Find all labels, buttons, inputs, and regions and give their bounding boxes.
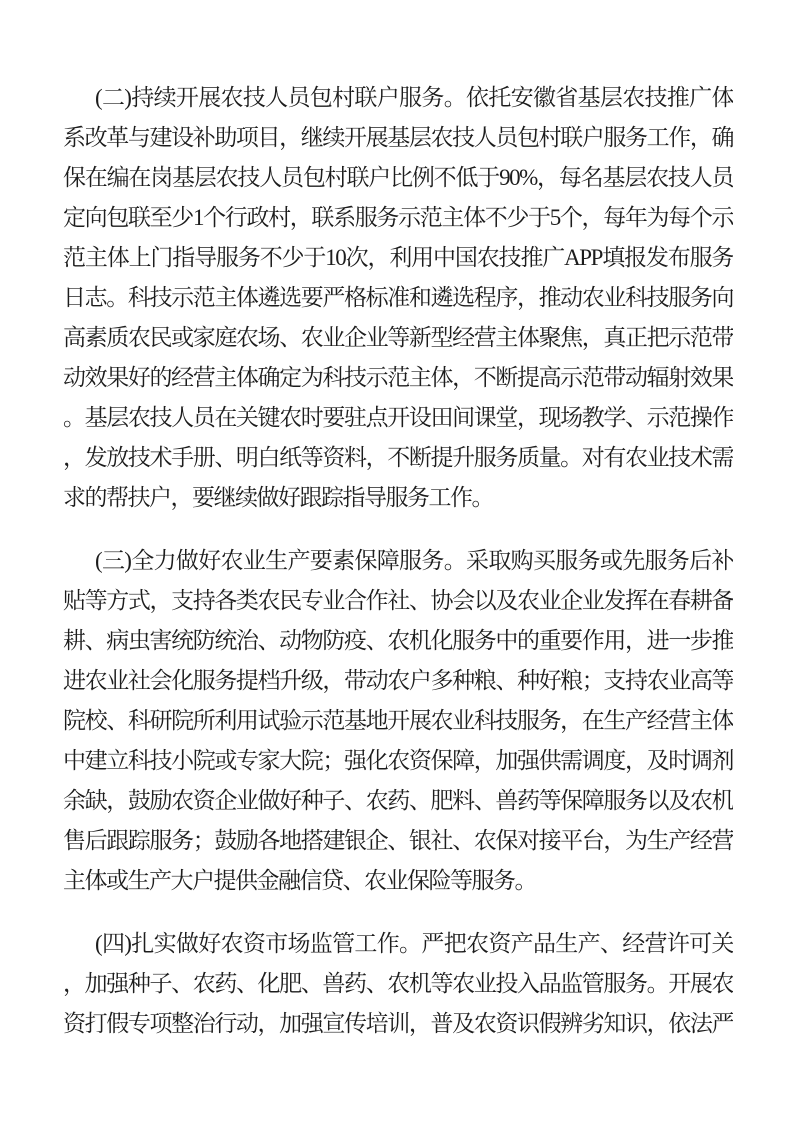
text-line: 。基层农技人员在关键农时要驻点开设田间课堂，现场教学、示范操作 <box>63 398 733 438</box>
text-line: 保在编在岗基层农技人员包村联户比例不低于90%，每名基层农技人员 <box>63 158 733 198</box>
text-line: (四)扎实做好农资市场监管工作。严把农资产品生产、经营许可关 <box>63 924 733 964</box>
text-line: 范主体上门指导服务不少于10次，利用中国农技推广APP填报发布服务 <box>63 238 733 278</box>
text-line: 进农业社会化服务提档升级，带动农户多种粮、种好粮；支持农业高等 <box>63 661 733 701</box>
text-line: 资打假专项整治行动，加强宣传培训，普及农资识假辨劣知识，依法严 <box>63 1004 733 1044</box>
document-body: (二)持续开展农技人员包村联户服务。依托安徽省基层农技推广体系改革与建设补助项目… <box>63 78 733 1044</box>
text-line: ，发放技术手册、明白纸等资料，不断提升服务质量。对有农业技术需 <box>63 438 733 478</box>
text-line: 院校、科研院所利用试验示范基地开展农业科技服务，在生产经营主体 <box>63 701 733 741</box>
text-line: 动效果好的经营主体确定为科技示范主体，不断提高示范带动辐射效果 <box>63 358 733 398</box>
text-line: 日志。科技示范主体遴选要严格标准和遴选程序，推动农业科技服务向 <box>63 278 733 318</box>
text-line: (二)持续开展农技人员包村联户服务。依托安徽省基层农技推广体 <box>63 78 733 118</box>
text-line: 系改革与建设补助项目，继续开展基层农技人员包村联户服务工作，确 <box>63 118 733 158</box>
text-line: 主体或生产大户提供金融信贷、农业保险等服务。 <box>63 861 733 901</box>
text-line: 贴等方式，支持各类农民专业合作社、协会以及农业企业发挥在春耕备 <box>63 581 733 621</box>
text-line: 耕、病虫害统防统治、动物防疫、农机化服务中的重要作用，进一步推 <box>63 621 733 661</box>
text-line: 中建立科技小院或专家大院；强化农资保障，加强供需调度，及时调剂 <box>63 741 733 781</box>
text-line: 定向包联至少1个行政村，联系服务示范主体不少于5个，每年为每个示 <box>63 198 733 238</box>
paragraph-1: (二)持续开展农技人员包村联户服务。依托安徽省基层农技推广体系改革与建设补助项目… <box>63 78 733 518</box>
document-page: (二)持续开展农技人员包村联户服务。依托安徽省基层农技推广体系改革与建设补助项目… <box>0 0 793 1122</box>
text-line: 售后跟踪服务；鼓励各地搭建银企、银社、农保对接平台，为生产经营 <box>63 821 733 861</box>
text-line: (三)全力做好农业生产要素保障服务。采取购买服务或先服务后补 <box>63 541 733 581</box>
text-line: 高素质农民或家庭农场、农业企业等新型经营主体聚焦，真正把示范带 <box>63 318 733 358</box>
paragraph-3: (四)扎实做好农资市场监管工作。严把农资产品生产、经营许可关，加强种子、农药、化… <box>63 924 733 1044</box>
paragraph-2: (三)全力做好农业生产要素保障服务。采取购买服务或先服务后补贴等方式，支持各类农… <box>63 541 733 901</box>
text-line: 求的帮扶户，要继续做好跟踪指导服务工作。 <box>63 478 733 518</box>
text-line: 余缺，鼓励农资企业做好种子、农药、肥料、兽药等保障服务以及农机 <box>63 781 733 821</box>
text-line: ，加强种子、农药、化肥、兽药、农机等农业投入品监管服务。开展农 <box>63 964 733 1004</box>
